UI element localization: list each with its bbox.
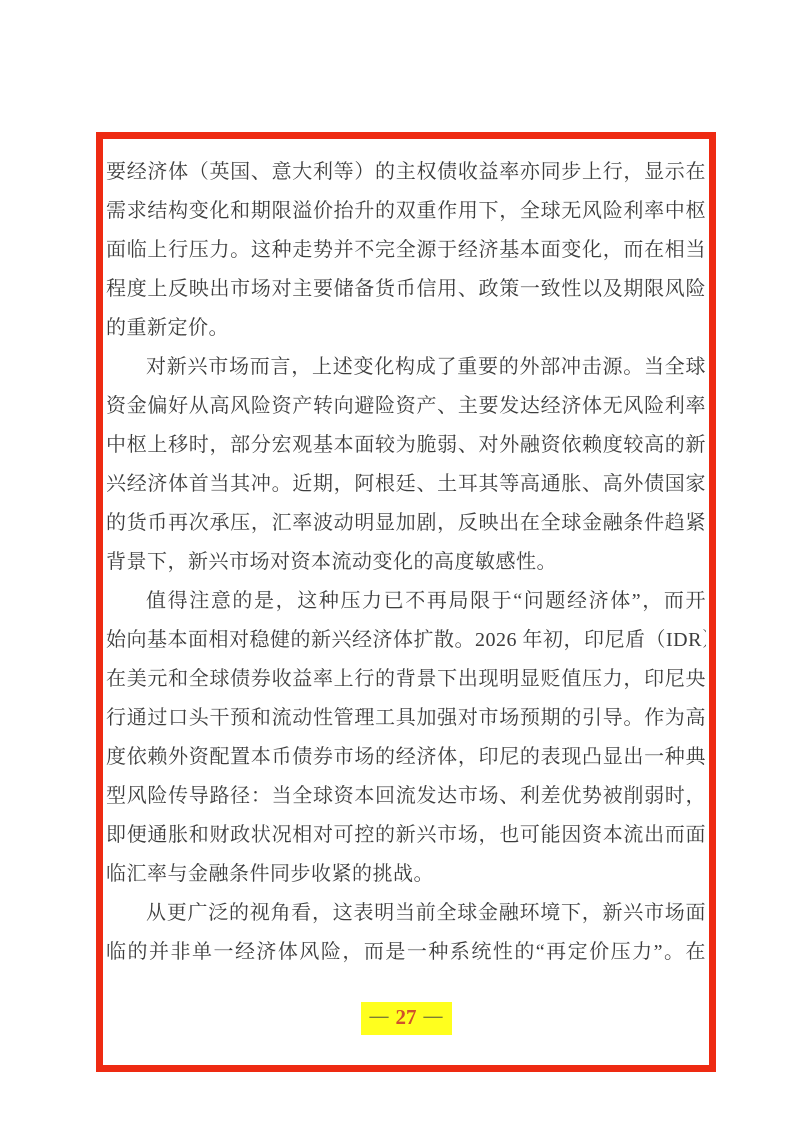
text-line: 资金偏好从高风险资产转向避险资产、主要发达经济体无风险利率 <box>106 387 706 426</box>
page-number-highlight: —27— <box>361 1002 452 1035</box>
text-line: 中枢上移时，部分宏观基本面较为脆弱、对外融资依赖度较高的新 <box>106 426 706 465</box>
text-line: 需求结构变化和期限溢价抬升的双重作用下，全球无风险利率中枢 <box>106 192 706 231</box>
text-line: 行通过口头干预和流动性管理工具加强对市场预期的引导。作为高 <box>106 699 706 738</box>
text-line: 即便通胀和财政状况相对可控的新兴市场，也可能因资本流出而面 <box>106 816 706 855</box>
paragraph-4: 从更广泛的视角看，这表明当前全球金融环境下，新兴市场面 临的并非单一经济体风险，… <box>106 894 706 972</box>
footer-dash-right: — <box>424 1006 443 1027</box>
text-line: 要经济体（英国、意大利等）的主权债收益率亦同步上行，显示在 <box>106 153 706 192</box>
paragraph-1: 要经济体（英国、意大利等）的主权债收益率亦同步上行，显示在 需求结构变化和期限溢… <box>106 153 706 348</box>
text-line: 临汇率与金融条件同步收紧的挑战。 <box>106 855 706 894</box>
text-line: 在美元和全球债券收益率上行的背景下出现明显贬值压力，印尼央 <box>106 660 706 699</box>
page-red-border-frame: 要经济体（英国、意大利等）的主权债收益率亦同步上行，显示在 需求结构变化和期限溢… <box>96 132 716 1072</box>
text-line: 面临上行压力。这种走势并不完全源于经济基本面变化，而在相当 <box>106 231 706 270</box>
page-footer: —27— <box>103 1002 709 1035</box>
text-line: 背景下，新兴市场对资本流动变化的高度敏感性。 <box>106 543 706 582</box>
text-line: 的重新定价。 <box>106 309 706 348</box>
text-line: 从更广泛的视角看，这表明当前全球金融环境下，新兴市场面 <box>106 894 706 933</box>
paragraph-3: 值得注意的是，这种压力已不再局限于“问题经济体”，而开 始向基本面相对稳健的新兴… <box>106 582 706 894</box>
text-line: 兴经济体首当其冲。近期，阿根廷、土耳其等高通胀、高外债国家 <box>106 465 706 504</box>
text-line: 度依赖外资配置本币债券市场的经济体，印尼的表现凸显出一种典 <box>106 738 706 777</box>
text-line: 程度上反映出市场对主要储备货币信用、政策一致性以及期限风险 <box>106 270 706 309</box>
text-line: 值得注意的是，这种压力已不再局限于“问题经济体”，而开 <box>106 582 706 621</box>
text-line: 对新兴市场而言，上述变化构成了重要的外部冲击源。当全球 <box>106 348 706 387</box>
document-body: 要经济体（英国、意大利等）的主权债收益率亦同步上行，显示在 需求结构变化和期限溢… <box>106 153 706 972</box>
text-line: 始向基本面相对稳健的新兴经济体扩散。2026 年初，印尼盾（IDR） <box>106 621 706 660</box>
page-number: 27 <box>396 1005 417 1029</box>
text-line: 型风险传导路径：当全球资本回流发达市场、利差优势被削弱时， <box>106 777 706 816</box>
text-line: 临的并非单一经济体风险，而是一种系统性的“再定价压力”。在 <box>106 933 706 972</box>
text-line: 的货币再次承压，汇率波动明显加剧，反映出在全球金融条件趋紧 <box>106 504 706 543</box>
paragraph-2: 对新兴市场而言，上述变化构成了重要的外部冲击源。当全球 资金偏好从高风险资产转向… <box>106 348 706 582</box>
footer-dash-left: — <box>370 1006 389 1027</box>
